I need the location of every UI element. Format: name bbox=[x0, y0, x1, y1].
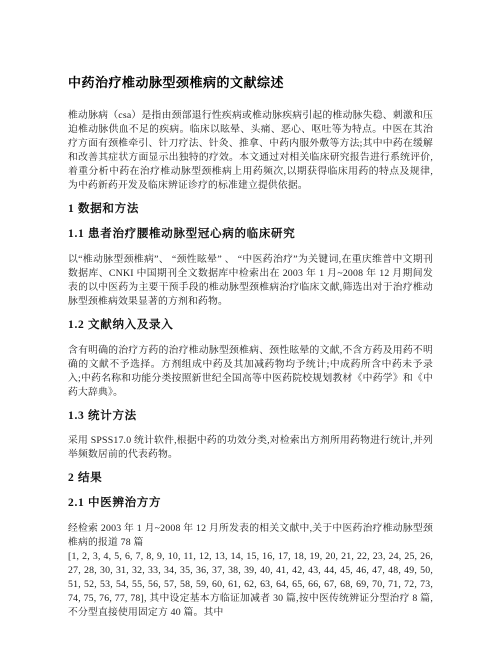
paragraph-section-1-3: 采用 SPSS17.0 统计软件,根据中药的功效分类,对检索出方剂所用药物进行统… bbox=[68, 434, 433, 462]
heading-section-2-results: 2 结果 bbox=[68, 472, 433, 486]
heading-section-1-methods: 1 数据和方法 bbox=[68, 203, 433, 217]
document-title: 中药治疗椎动脉型颈椎病的文献综述 bbox=[68, 75, 433, 91]
heading-section-1-2: 1.2 文献纳入及录入 bbox=[68, 319, 433, 333]
heading-section-1-1: 1.1 患者治疗腰椎动脉型冠心病的临床研究 bbox=[68, 228, 433, 242]
paragraph-2-1-lead: 经检索 2003 年 1 月~2008 年 12 月所发表的相关文献中,关于中医… bbox=[68, 523, 433, 548]
heading-section-1-3: 1.3 统计方法 bbox=[68, 410, 433, 424]
paragraph-section-1-2: 含有明确的治疗方药的治疗椎动脉型颈椎病、颈性眩晕的文献,不含方药及用药不明确的文… bbox=[68, 344, 433, 400]
heading-section-2-1: 2.1 中医辨治方方 bbox=[68, 497, 433, 511]
paragraph-section-2-1: 经检索 2003 年 1 月~2008 年 12 月所发表的相关文献中,关于中医… bbox=[68, 522, 433, 620]
document-page: 中药治疗椎动脉型颈椎病的文献综述 椎动脉病（csa）是指由颈部退行性疾病或椎动脉… bbox=[0, 0, 500, 647]
intro-paragraph: 椎动脉病（csa）是指由颈部退行性疾病或椎动脉疾病引起的椎动脉失稳、刺激和压迫椎… bbox=[68, 109, 433, 193]
paragraph-section-1-1: 以“椎动脉型颈椎病”、 “颈性眩晕” 、 “中医药治疗”为关键词,在重庆维普中文… bbox=[68, 253, 433, 309]
